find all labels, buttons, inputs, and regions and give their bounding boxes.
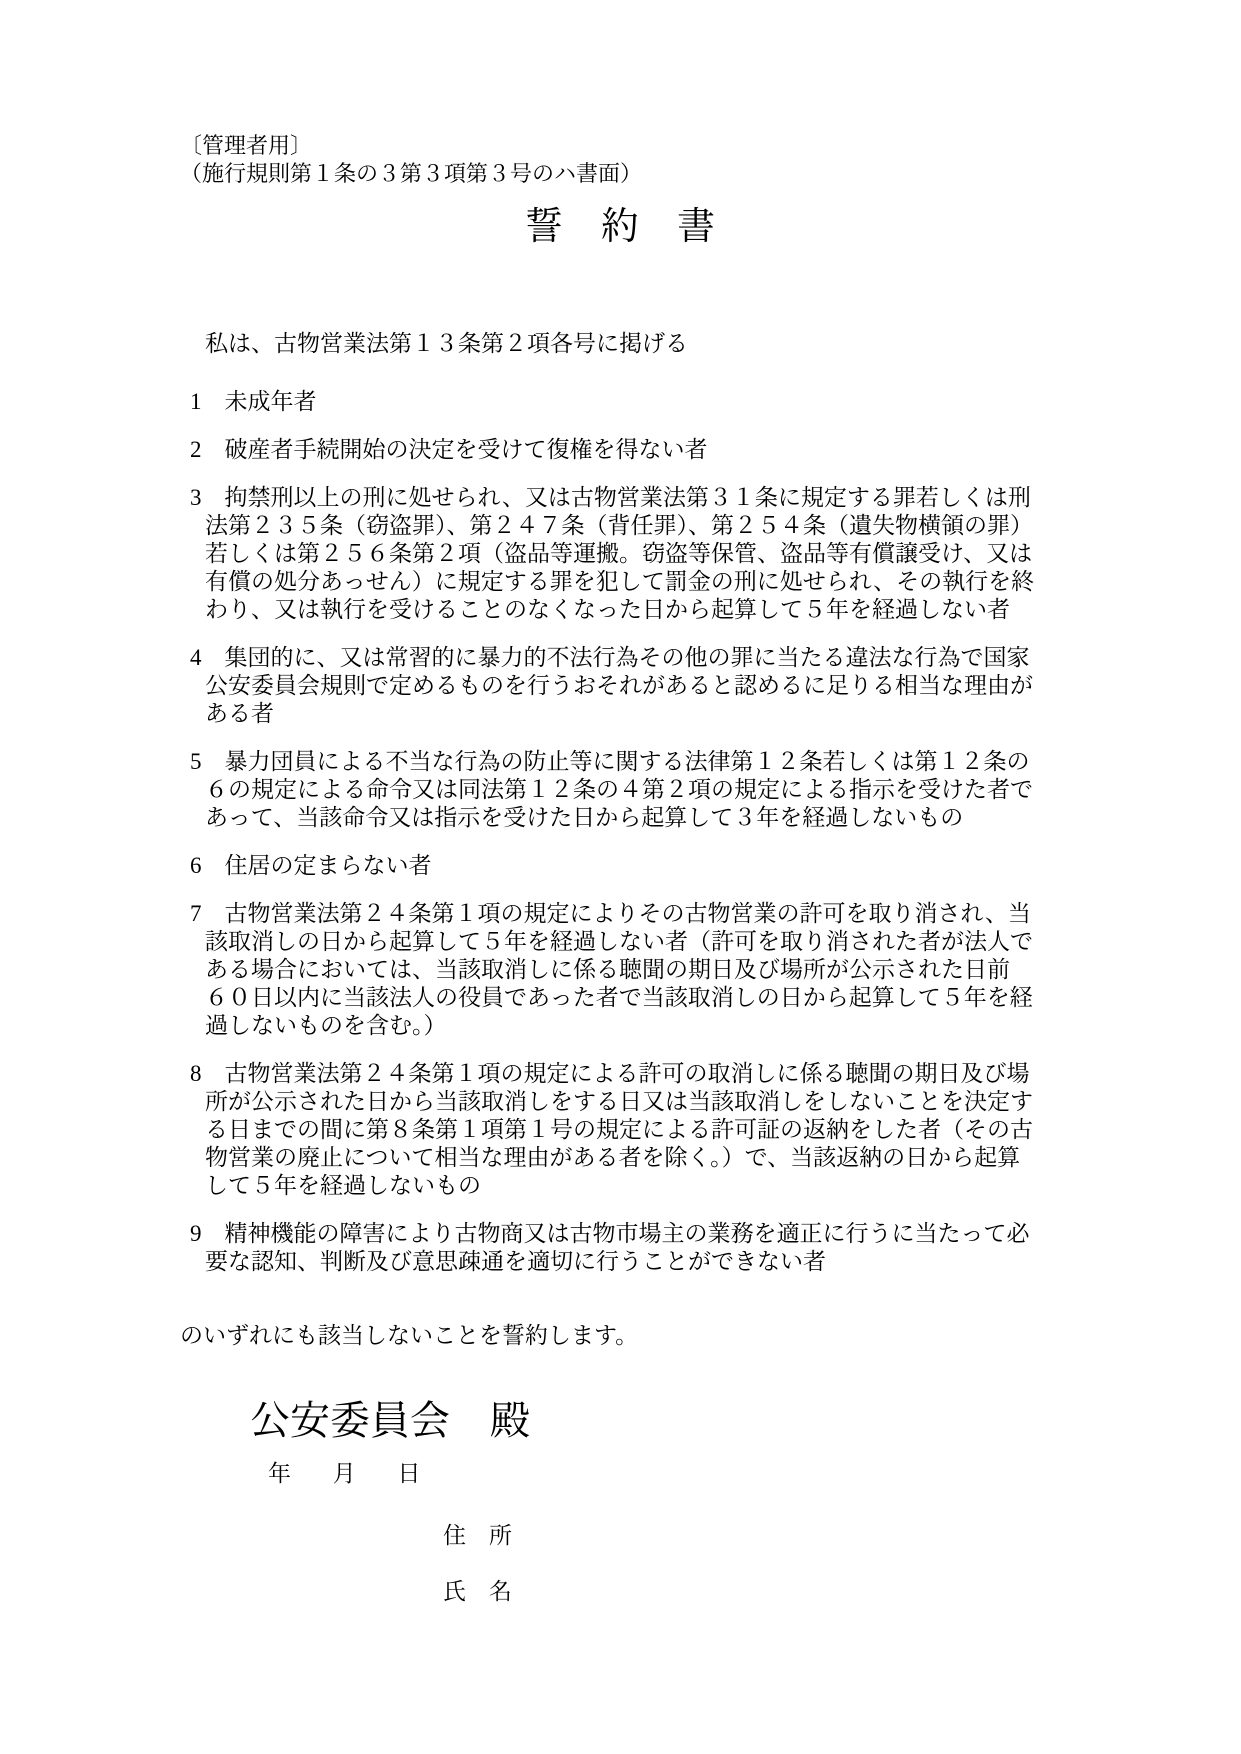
document-title: 誓 約 書: [180, 204, 1060, 250]
pledge-item-8: 8 古物営業法第２４条第１項の規定による許可の取消しに係る聴聞の期日及び場 所が…: [190, 1060, 1085, 1200]
date-month-label: 月: [333, 1460, 356, 1488]
closing-line: のいずれにも該当しないことを誓約します。: [180, 1322, 1181, 1350]
pledge-item-2: 2 破産者手続開始の決定を受けて復権を得ない者: [190, 436, 1085, 464]
name-field-label: 氏 名: [180, 1578, 1181, 1606]
pledge-item-5: 5 暴力団員による不当な行為の防止等に関する法律第１２条若しくは第１２条の ６の…: [190, 748, 1085, 832]
address-field-label: 住 所: [180, 1522, 1181, 1550]
intro-line: 私は、古物営業法第１３条第２項各号に掲げる: [180, 330, 1181, 358]
document-header: 〔管理者用〕 （施行規則第１条の３第３項第３号のハ書面）: [180, 132, 1181, 188]
pledge-item-1: 1 未成年者: [190, 388, 1085, 416]
date-year-label: 年: [268, 1461, 291, 1486]
date-line: 年 月 日: [180, 1460, 1181, 1488]
date-day-label: 日: [398, 1460, 421, 1488]
pledge-item-7: 7 古物営業法第２４条第１項の規定によりその古物営業の許可を取り消され、当 該取…: [190, 900, 1085, 1040]
addressee-line: 公安委員会 殿: [250, 1396, 1181, 1446]
pledge-item-4: 4 集団的に、又は常習的に暴力的不法行為その他の罪に当たる違法な行為で国家 公安…: [190, 644, 1085, 728]
pledge-item-3: 3 拘禁刑以上の刑に処せられ、又は古物営業法第３１条に規定する罪若しくは刑 法第…: [190, 484, 1085, 624]
pledge-item-6: 6 住居の定まらない者: [190, 852, 1085, 880]
pledge-document-page: 〔管理者用〕 （施行規則第１条の３第３項第３号のハ書面） 誓 約 書 私は、古物…: [0, 0, 1241, 1754]
header-note-administrator: 〔管理者用〕: [180, 132, 1181, 160]
pledge-item-9: 9 精神機能の障害により古物商又は古物市場主の業務を適正に行うに当たって必 要な…: [190, 1220, 1085, 1276]
header-note-regulation: （施行規則第１条の３第３項第３号のハ書面）: [180, 160, 1181, 188]
